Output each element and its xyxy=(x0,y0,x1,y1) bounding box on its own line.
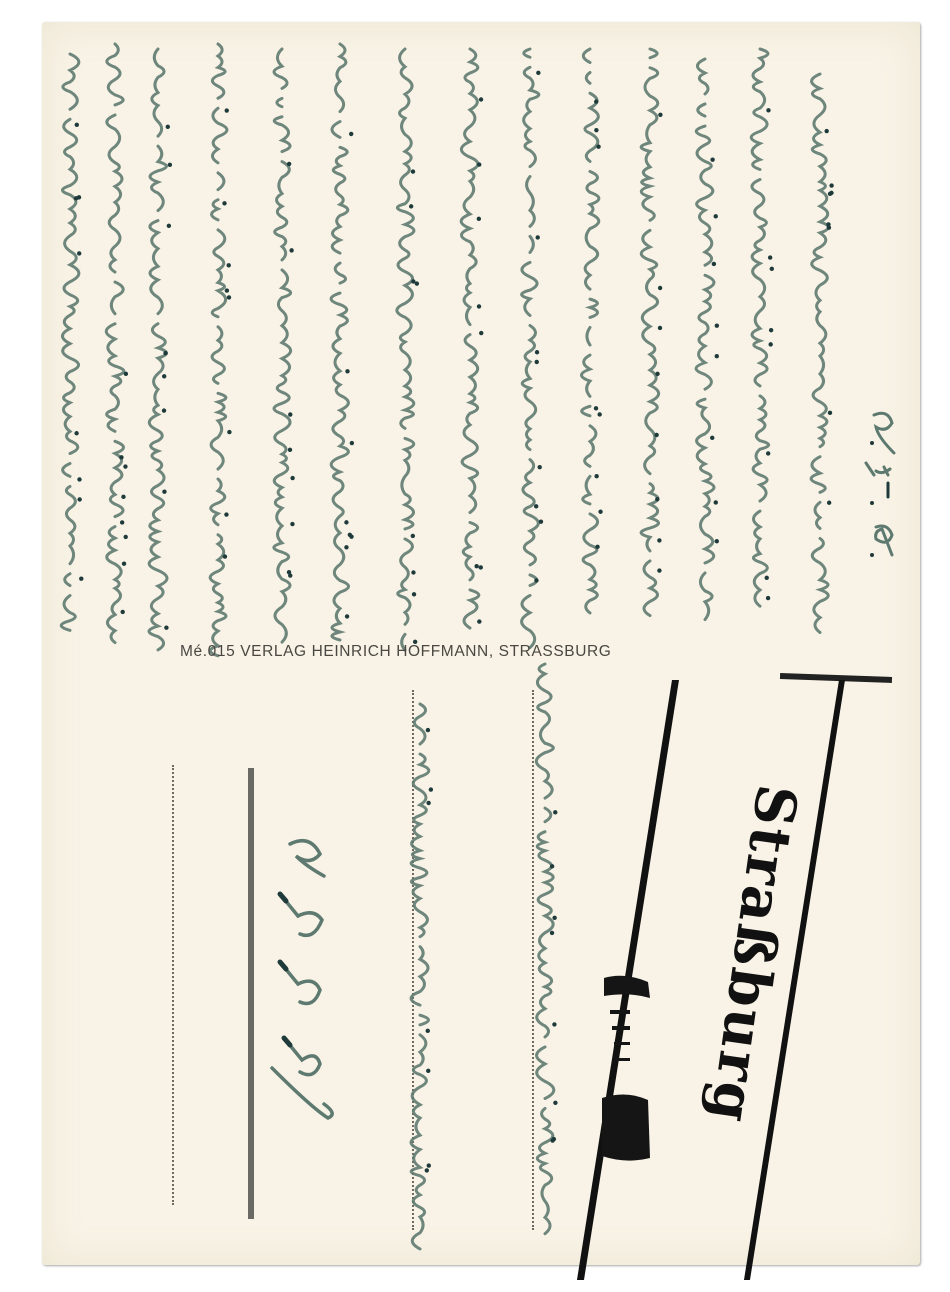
handwritten-message-line xyxy=(685,55,725,635)
handwritten-message-line xyxy=(138,45,178,665)
publisher-imprint: Mé.015 VERLAG HEINRICH HOFFMANN, STRASSB… xyxy=(180,643,611,661)
address-line-dotted xyxy=(172,765,174,1205)
handwritten-message-line xyxy=(50,50,90,650)
handwritten-message-line xyxy=(740,45,780,625)
handwritten-message-line xyxy=(385,45,425,665)
handwritten-message-line xyxy=(262,45,302,655)
handwritten-address-line xyxy=(400,700,440,1260)
handwritten-message-line xyxy=(630,45,670,625)
handwritten-postal-number xyxy=(270,830,340,1130)
handwritten-message-line xyxy=(450,45,490,645)
handwritten-date xyxy=(862,405,902,575)
ink-mark xyxy=(598,970,656,1165)
handwritten-message-line xyxy=(198,40,238,670)
handwritten-message-line xyxy=(800,70,840,650)
handwritten-message-line xyxy=(510,45,550,665)
handwritten-message-line xyxy=(320,40,360,660)
handwritten-message-line xyxy=(95,40,135,660)
cancellation-stamp: Straßburg xyxy=(660,780,860,1260)
handwritten-message-line xyxy=(570,45,610,625)
address-divider xyxy=(248,768,254,1219)
handwritten-address-line xyxy=(525,660,565,1240)
